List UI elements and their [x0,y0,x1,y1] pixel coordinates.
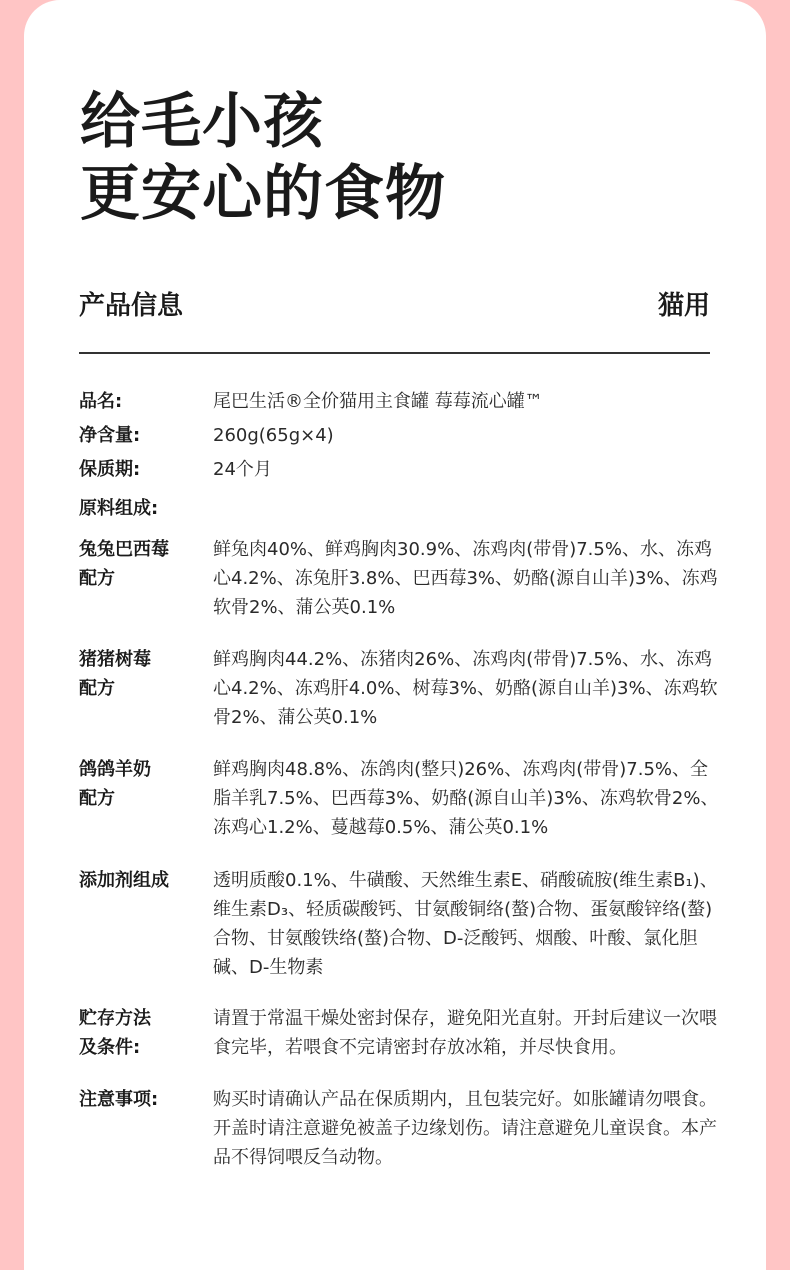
section-header: 产品信息 猫用 [79,285,710,322]
row-label: 原料组成: [79,494,213,523]
row-label: 保质期: [79,455,213,484]
row-label: 猪猪树莓配方 [79,645,167,732]
row-pigeon-goatmilk-recipe: 鸽鸽羊奶配方 鲜鸡胸肉48.8%、冻鸽肉(整只)26%、冻鸡肉(带骨)7.5%、… [79,755,719,842]
section-title: 产品信息 [79,285,183,322]
row-net-weight: 净含量: 260g(65g×4) [79,421,719,450]
row-additives: 添加剂组成 透明质酸0.1%、牛磺酸、天然维生素E、硝酸硫胺(维生素B₁)、维生… [79,866,719,982]
row-ingredients-heading: 原料组成: [79,494,719,523]
row-value: 透明质酸0.1%、牛磺酸、天然维生素E、硝酸硫胺(维生素B₁)、维生素D₃、轻质… [213,866,719,982]
row-value: 260g(65g×4) [213,421,719,450]
row-pork-raspberry-recipe: 猪猪树莓配方 鲜鸡胸肉44.2%、冻猪肉26%、冻鸡肉(带骨)7.5%、水、冻鸡… [79,645,719,732]
row-label: 贮存方法及条件: [79,1004,167,1062]
row-value: 尾巴生活®全价猫用主食罐 莓莓流心罐™ [213,387,719,416]
row-storage: 贮存方法及条件: 请置于常温干燥处密封保存，避免阳光直射。开封后建议一次喂食完毕… [79,1004,719,1062]
row-label: 添加剂组成 [79,866,213,982]
row-value: 鲜鸡胸肉44.2%、冻猪肉26%、冻鸡肉(带骨)7.5%、水、冻鸡心4.2%、冻… [213,645,719,732]
row-value: 鲜兔肉40%、鲜鸡胸肉30.9%、冻鸡肉(带骨)7.5%、水、冻鸡心4.2%、冻… [213,535,719,622]
row-rabbit-acai-recipe: 兔兔巴西莓配方 鲜兔肉40%、鲜鸡胸肉30.9%、冻鸡肉(带骨)7.5%、水、冻… [79,535,719,622]
headline-line-1: 给毛小孩 [80,86,446,158]
row-value: 购买时请确认产品在保质期内，且包装完好。如胀罐请勿喂食。开盖时请注意避免被盖子边… [213,1085,719,1172]
row-cautions: 注意事项: 购买时请确认产品在保质期内，且包装完好。如胀罐请勿喂食。开盖时请注意… [79,1085,719,1172]
divider [79,352,710,354]
row-value [213,494,719,523]
headline-line-2: 更安心的食物 [80,158,446,230]
row-label: 注意事项: [79,1085,213,1172]
row-value: 请置于常温干燥处密封保存，避免阳光直射。开封后建议一次喂食完毕，若喂食不完请密封… [213,1004,719,1062]
row-value: 24个月 [213,455,719,484]
row-label: 鸽鸽羊奶配方 [79,755,167,842]
pet-type-tag: 猫用 [658,285,710,322]
row-shelf-life: 保质期: 24个月 [79,455,719,484]
row-label: 净含量: [79,421,213,450]
row-product-name: 品名: 尾巴生活®全价猫用主食罐 莓莓流心罐™ [79,387,719,416]
headline: 给毛小孩 更安心的食物 [80,86,446,230]
row-label: 品名: [79,387,213,416]
row-label: 兔兔巴西莓配方 [79,535,184,622]
row-value: 鲜鸡胸肉48.8%、冻鸽肉(整只)26%、冻鸡肉(带骨)7.5%、全脂羊乳7.5… [213,755,719,842]
